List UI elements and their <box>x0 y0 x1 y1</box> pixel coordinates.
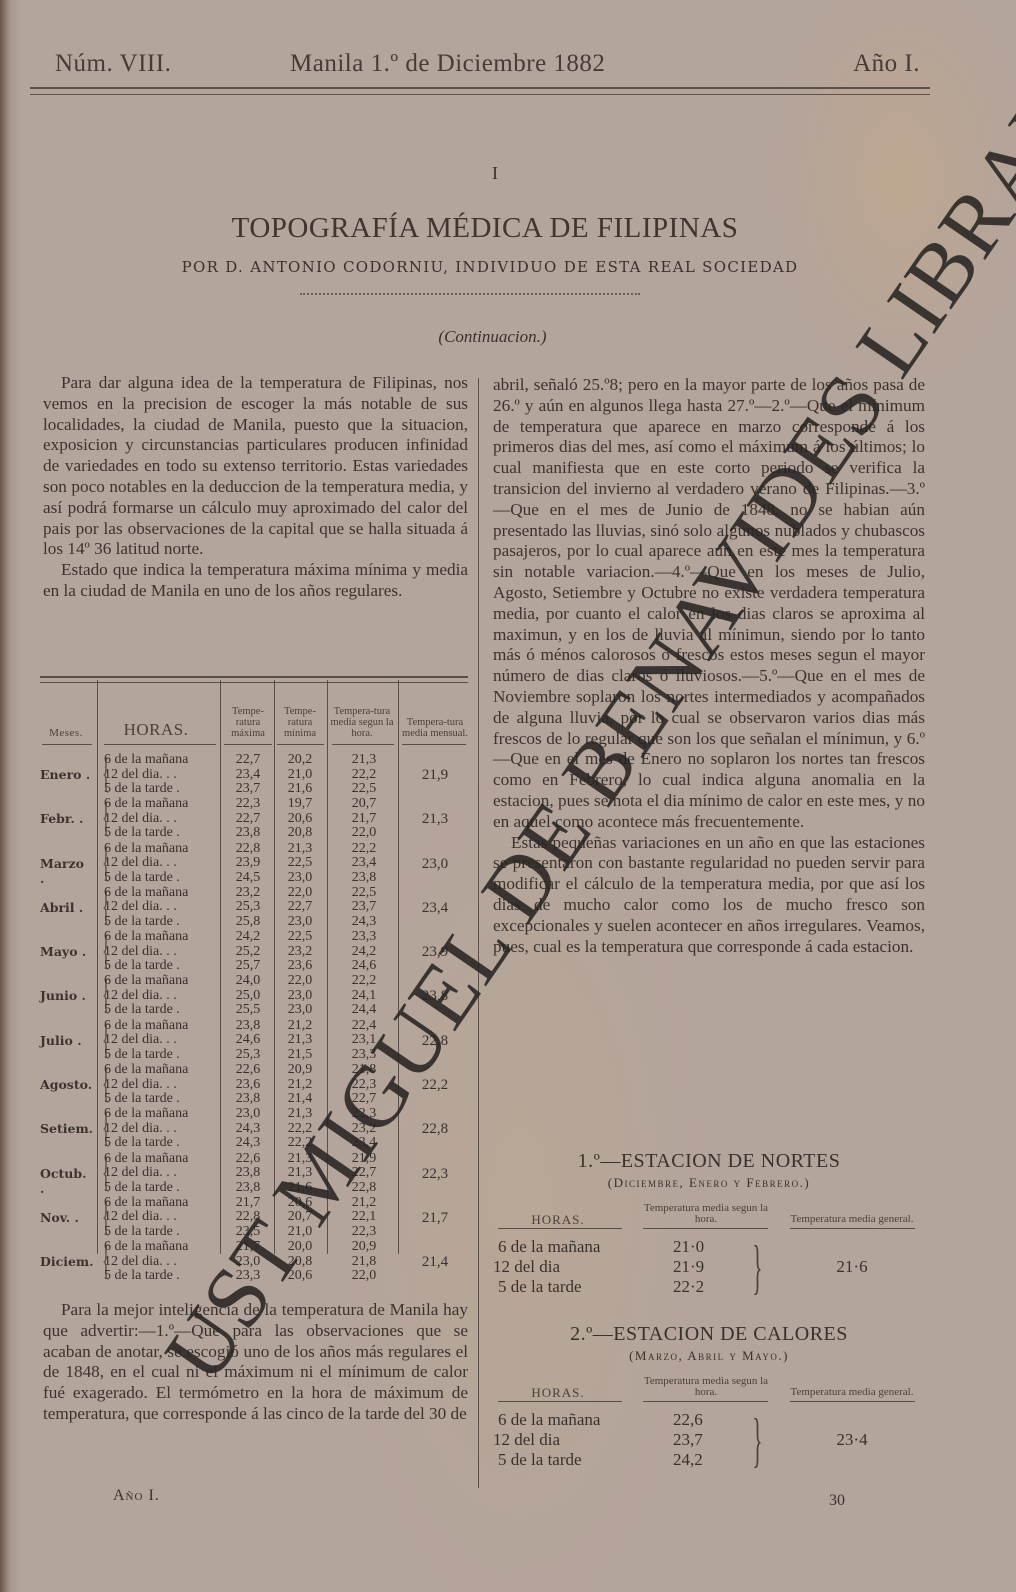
temp-med-cell: 22,3 <box>336 1225 392 1240</box>
hour-label: 6 de la mañana <box>104 1196 188 1211</box>
season-row-hour: 5 de la tarde <box>498 1277 582 1297</box>
temp-med-cell: 24,2 <box>336 945 392 960</box>
monthly-mean: 22,8 <box>402 1121 468 1138</box>
temp-med-cell: 23,3 <box>336 930 392 945</box>
season-row-hour: 12 del dia <box>493 1257 560 1277</box>
hour-label: 12 del dia. . . <box>104 856 177 871</box>
brace: } <box>752 1237 762 1297</box>
temp-min-cell: 23,0 <box>274 915 326 930</box>
season-general-value: 21·6 <box>786 1257 918 1277</box>
temp-max-cell: 22,7 <box>222 812 274 827</box>
monthly-mean: 22,2 <box>402 1077 468 1094</box>
temp-min-cell: 19,7 <box>274 797 326 812</box>
season-general-value: 23·4 <box>786 1430 918 1450</box>
season-row-hour: 5 de la tarde <box>498 1450 582 1470</box>
table-month-group: Abril .{6 de la mañana23,222,022,512 del… <box>40 886 468 930</box>
temp-med-cell: 21,7 <box>336 812 392 827</box>
season-row-value: 22·2 <box>673 1277 733 1297</box>
paragraph: Para dar alguna idea de la temperatura d… <box>43 373 468 560</box>
page-number: 30 <box>829 1492 845 1510</box>
temp-max-cell: 24,3 <box>222 1122 274 1137</box>
temp-med-cell: 21,3 <box>336 753 392 768</box>
continuation-note: (Continuacion.) <box>0 327 985 347</box>
article-byline: POR D. ANTONIO CODORNIU, INDIVIDUO DE ES… <box>0 258 980 276</box>
hour-label: 5 de la tarde . <box>104 1225 180 1240</box>
temp-max-cell: 23,8 <box>222 1092 274 1107</box>
table-month-group: Marzo .{6 de la mañana22,821,322,212 del… <box>40 842 468 886</box>
temp-min-cell: 21,3 <box>274 1033 326 1048</box>
hour-label: 12 del dia. . . <box>104 1166 177 1181</box>
hour-label: 6 de la mañana <box>104 974 188 989</box>
temp-max-cell: 24,6 <box>222 1033 274 1048</box>
temp-med-cell: 23,4 <box>336 1136 392 1151</box>
table-month-group: Mayo .{6 de la mañana24,222,523,312 del … <box>40 930 468 974</box>
temp-med-cell: 23,2 <box>336 1122 392 1137</box>
hour-label: 12 del dia. . . <box>104 989 177 1004</box>
temp-max-cell: 24,2 <box>222 930 274 945</box>
hour-label: 6 de la mañana <box>104 753 188 768</box>
temp-min-cell: 20,6 <box>274 1269 326 1284</box>
temp-min-cell: 20,0 <box>274 1240 326 1255</box>
hour-label: 12 del dia. . . <box>104 768 177 783</box>
season-row-hour: 6 de la mañana <box>498 1410 600 1430</box>
temp-max-cell: 25,3 <box>222 900 274 915</box>
left-column: Para dar alguna idea de la temperatura d… <box>43 373 468 602</box>
table-month-group: Diciem.{6 de la mañana21,720,020,912 del… <box>40 1240 468 1284</box>
paragraph: Estado que indica la temperatura máxima … <box>43 560 468 602</box>
temp-min-cell: 21,3 <box>274 1152 326 1167</box>
header-minima: Tempe-ratura mínima <box>274 706 326 739</box>
hour-label: 12 del dia. . . <box>104 1210 177 1225</box>
temp-max-cell: 22,3 <box>222 797 274 812</box>
hour-label: 5 de la tarde . <box>104 915 180 930</box>
right-column: abril, señaló 25.º8; pero en la mayor pa… <box>493 375 925 957</box>
header-media-hora: Tempera-tura media segun la hora. <box>328 706 396 739</box>
month-name: Nov. . <box>40 1210 92 1225</box>
temp-max-cell: 22,6 <box>222 1152 274 1167</box>
season-header-hours: HORAS. <box>498 1214 618 1225</box>
temp-max-cell: 23,0 <box>222 1107 274 1122</box>
temp-med-cell: 21,2 <box>336 1196 392 1211</box>
temp-max-cell: 22,7 <box>222 753 274 768</box>
temp-min-cell: 20,7 <box>274 1210 326 1225</box>
temp-med-cell: 22,4 <box>336 1019 392 1034</box>
temp-min-cell: 21,2 <box>274 1019 326 1034</box>
temp-med-cell: 21,9 <box>336 1152 392 1167</box>
hour-label: 6 de la mañana <box>104 1240 188 1255</box>
hour-label: 5 de la tarde . <box>104 1181 180 1196</box>
temp-med-cell: 21,8 <box>336 1255 392 1270</box>
temp-max-cell: 21,7 <box>222 1196 274 1211</box>
ornamental-rule <box>300 293 640 298</box>
left-column-continued: Para la mejor inteligencia de la tempera… <box>43 1300 468 1425</box>
month-name: Setiem. <box>40 1121 92 1136</box>
temperature-table: Meses. HORAS. Tempe-ratura máxima Tempe-… <box>40 676 468 1285</box>
temp-med-cell: 23,4 <box>336 856 392 871</box>
issue-year: Año I. <box>853 50 920 78</box>
temp-max-cell: 25,0 <box>222 989 274 1004</box>
table-body: Enero .{6 de la mañana22,720,221,312 del… <box>40 753 468 1285</box>
temp-min-cell: 22,7 <box>274 900 326 915</box>
temp-max-cell: 22,6 <box>222 1063 274 1078</box>
temp-min-cell: 21,4 <box>274 1092 326 1107</box>
temp-min-cell: 20,8 <box>274 1255 326 1270</box>
hour-label: 12 del dia. . . <box>104 1255 177 1270</box>
temp-med-cell: 22,3 <box>336 1107 392 1122</box>
temp-min-cell: 22,0 <box>274 974 326 989</box>
temp-med-cell: 24,4 <box>336 1003 392 1018</box>
season-row-hour: 6 de la mañana <box>498 1237 600 1257</box>
hour-label: 5 de la tarde . <box>104 1048 180 1063</box>
temp-med-cell: 24,3 <box>336 915 392 930</box>
table-month-group: Nov. .{6 de la mañana21,720,621,212 del … <box>40 1196 468 1240</box>
temp-med-cell: 22,2 <box>336 768 392 783</box>
monthly-mean: 21,3 <box>402 811 468 828</box>
table-month-group: Enero .{6 de la mañana22,720,221,312 del… <box>40 753 468 797</box>
header-meses: Meses. <box>40 728 92 739</box>
monthly-mean: 21,9 <box>402 767 468 784</box>
temp-max-cell: 23,8 <box>222 1181 274 1196</box>
temp-min-cell: 20,2 <box>274 753 326 768</box>
temp-max-cell: 23,7 <box>222 782 274 797</box>
temp-min-cell: 23,0 <box>274 871 326 886</box>
hour-label: 6 de la mañana <box>104 1019 188 1034</box>
season-header-hours: HORAS. <box>498 1387 618 1398</box>
temp-min-cell: 20,6 <box>274 812 326 827</box>
temp-min-cell: 21,3 <box>274 1166 326 1181</box>
temp-med-cell: 24,6 <box>336 959 392 974</box>
temp-min-cell: 21,3 <box>274 842 326 857</box>
temp-min-cell: 21,6 <box>274 782 326 797</box>
temp-med-cell: 22,2 <box>336 842 392 857</box>
header-horas: HORAS. <box>100 721 212 739</box>
temp-max-cell: 25,2 <box>222 945 274 960</box>
season-header: HORAS. Temperatura media segun la hora. … <box>493 1195 925 1229</box>
monthly-mean: 23,4 <box>402 900 468 917</box>
temp-med-cell: 21,8 <box>336 1063 392 1078</box>
temp-max-cell: 23,9 <box>222 856 274 871</box>
season-header-media: Temperatura media segun la hora. <box>640 1376 772 1398</box>
temp-med-cell: 20,9 <box>336 1240 392 1255</box>
temp-max-cell: 23,8 <box>222 1166 274 1181</box>
table-month-group: Agosto.{6 de la mañana22,620,921,812 del… <box>40 1063 468 1107</box>
temp-max-cell: 23,2 <box>222 886 274 901</box>
temp-med-cell: 20,7 <box>336 797 392 812</box>
monthly-mean: 21,7 <box>402 1210 468 1227</box>
season-rows: 6 de la mañana 12 del dia 5 de la tarde … <box>493 1237 925 1301</box>
season-row-value: 23,7 <box>673 1430 733 1450</box>
month-name: Junio . <box>40 988 92 1003</box>
temp-min-cell: 22,2 <box>274 1122 326 1137</box>
paragraph: abril, señaló 25.º8; pero en la mayor pa… <box>493 375 925 833</box>
temp-med-cell: 22,5 <box>336 782 392 797</box>
temp-min-cell: 22,2 <box>274 1136 326 1151</box>
season-row-value: 21·9 <box>673 1257 733 1277</box>
paragraph: Estas pequeñas variaciones en un año en … <box>493 833 925 958</box>
temp-max-cell: 23,3 <box>222 1269 274 1284</box>
hour-label: 6 de la mañana <box>104 1107 188 1122</box>
season-header-general: Temperatura media general. <box>786 1387 918 1398</box>
temp-min-cell: 23,2 <box>274 945 326 960</box>
temp-max-cell: 24,3 <box>222 1136 274 1151</box>
month-name: Julio . <box>40 1033 92 1048</box>
temp-med-cell: 22,0 <box>336 826 392 841</box>
hour-label: 12 del dia. . . <box>104 900 177 915</box>
temp-med-cell: 24,1 <box>336 989 392 1004</box>
temp-max-cell: 23,8 <box>222 826 274 841</box>
temp-med-cell: 22,2 <box>336 974 392 989</box>
temp-max-cell: 22,8 <box>222 1210 274 1225</box>
temp-med-cell: 22,7 <box>336 1166 392 1181</box>
hour-label: 5 de la tarde . <box>104 1092 180 1107</box>
season-row-value: 24,2 <box>673 1450 733 1470</box>
issue-date: Manila 1.º de Diciembre 1882 <box>290 50 605 78</box>
monthly-mean: 23,9 <box>402 944 468 961</box>
monthly-mean: 21,4 <box>402 1254 468 1271</box>
season-subtitle: (Diciembre, Enero y Febrero.) <box>493 1175 925 1191</box>
month-name: Febr. . <box>40 811 92 826</box>
season-row-value: 21·0 <box>673 1237 733 1257</box>
season-row-value: 22,6 <box>673 1410 733 1430</box>
temp-min-cell: 22,0 <box>274 886 326 901</box>
season-header: HORAS. Temperatura media segun la hora. … <box>493 1368 925 1402</box>
table-month-group: Octub. .{6 de la mañana22,621,321,912 de… <box>40 1152 468 1196</box>
temp-med-cell: 23,7 <box>336 900 392 915</box>
hour-label: 5 de la tarde . <box>104 959 180 974</box>
temp-min-cell: 20,6 <box>274 1196 326 1211</box>
temp-max-cell: 24,5 <box>222 871 274 886</box>
hour-label: 12 del dia. . . <box>104 1122 177 1137</box>
table-header: Meses. HORAS. Tempe-ratura máxima Tempe-… <box>40 687 468 747</box>
article-title: TOPOGRAFÍA MÉDICA DE FILIPINAS <box>0 212 970 245</box>
column-rule <box>478 378 479 1488</box>
temp-min-cell: 21,6 <box>274 1181 326 1196</box>
temp-min-cell: 23,6 <box>274 959 326 974</box>
temp-med-cell: 23,3 <box>336 1048 392 1063</box>
temp-max-cell: 21,7 <box>222 1240 274 1255</box>
monthly-mean: 22,3 <box>402 1166 468 1183</box>
hour-label: 6 de la mañana <box>104 886 188 901</box>
temp-min-cell: 21,5 <box>274 1048 326 1063</box>
hour-label: 6 de la mañana <box>104 930 188 945</box>
header-maxima: Tempe-ratura máxima <box>222 706 274 739</box>
temp-max-cell: 23,8 <box>222 1019 274 1034</box>
month-name: Abril . <box>40 900 92 915</box>
season-row-hour: 12 del dia <box>493 1430 560 1450</box>
monthly-mean: 23,0 <box>402 856 468 873</box>
paragraph: Para la mejor inteligencia de la tempera… <box>43 1300 468 1425</box>
temp-min-cell: 20,8 <box>274 826 326 841</box>
temp-med-cell: 23,8 <box>336 871 392 886</box>
season-title: 2.º—ESTACION DE CALORES <box>493 1323 925 1346</box>
temp-max-cell: 25,7 <box>222 959 274 974</box>
hour-label: 12 del dia. . . <box>104 945 177 960</box>
temp-min-cell: 21,2 <box>274 1078 326 1093</box>
month-name: Diciem. <box>40 1254 92 1269</box>
temp-med-cell: 22,7 <box>336 1092 392 1107</box>
temp-med-cell: 22,3 <box>336 1078 392 1093</box>
hour-label: 6 de la mañana <box>104 1152 188 1167</box>
header-media-mensual: Tempera-tura media mensual. <box>402 717 468 739</box>
table-month-group: Febr. .{6 de la mañana22,319,720,712 del… <box>40 797 468 841</box>
temp-min-cell: 22,5 <box>274 930 326 945</box>
hour-label: 6 de la mañana <box>104 1063 188 1078</box>
temp-max-cell: 23,0 <box>222 1255 274 1270</box>
hour-label: 6 de la mañana <box>104 842 188 857</box>
hour-label: 5 de la tarde . <box>104 826 180 841</box>
hour-label: 12 del dia. . . <box>104 1078 177 1093</box>
season-subtitle: (Marzo, Abril y Mayo.) <box>493 1348 925 1364</box>
temp-max-cell: 25,3 <box>222 1048 274 1063</box>
temp-max-cell: 25,5 <box>222 1003 274 1018</box>
temp-max-cell: 23,5 <box>222 1225 274 1240</box>
season-header-media: Temperatura media segun la hora. <box>640 1203 772 1225</box>
month-name: Marzo . <box>40 856 92 886</box>
table-month-group: Junio .{6 de la mañana24,022,022,212 del… <box>40 974 468 1018</box>
temp-min-cell: 22,5 <box>274 856 326 871</box>
footer-signature: Año I. <box>113 1487 160 1505</box>
temp-min-cell: 23,0 <box>274 989 326 1004</box>
month-name: Agosto. <box>40 1077 92 1092</box>
hour-label: 12 del dia. . . <box>104 812 177 827</box>
table-top-rule <box>40 676 468 683</box>
temp-min-cell: 21,0 <box>274 1225 326 1240</box>
season-rows: 6 de la mañana 12 del dia 5 de la tarde … <box>493 1410 925 1474</box>
temp-med-cell: 22,1 <box>336 1210 392 1225</box>
monthly-mean: 22,8 <box>402 1033 468 1050</box>
temp-min-cell: 20,9 <box>274 1063 326 1078</box>
hour-label: 6 de la mañana <box>104 797 188 812</box>
month-name: Mayo . <box>40 944 92 959</box>
table-month-group: Julio .{6 de la mañana23,821,222,412 del… <box>40 1019 468 1063</box>
season-header-general: Temperatura media general. <box>786 1214 918 1225</box>
season-title: 1.º—ESTACION DE NORTES <box>493 1150 925 1173</box>
temp-med-cell: 22,0 <box>336 1269 392 1284</box>
season-table-nortes: 1.º—ESTACION DE NORTES (Diciembre, Enero… <box>493 1150 925 1301</box>
temp-min-cell: 23,0 <box>274 1003 326 1018</box>
monthly-mean: 23,8 <box>402 988 468 1005</box>
document-page: Núm. VIII. Manila 1.º de Diciembre 1882 … <box>0 0 1016 1592</box>
section-number: I <box>0 163 990 184</box>
temp-max-cell: 22,8 <box>222 842 274 857</box>
month-name: Enero . <box>40 767 92 782</box>
temp-min-cell: 21,0 <box>274 768 326 783</box>
temp-max-cell: 23,6 <box>222 1078 274 1093</box>
temp-med-cell: 23,1 <box>336 1033 392 1048</box>
hour-label: 5 de la tarde . <box>104 1269 180 1284</box>
season-table-calores: 2.º—ESTACION DE CALORES (Marzo, Abril y … <box>493 1323 925 1474</box>
temp-med-cell: 22,8 <box>336 1181 392 1196</box>
hour-label: 12 del dia. . . <box>104 1033 177 1048</box>
temp-max-cell: 25,8 <box>222 915 274 930</box>
temp-max-cell: 23,4 <box>222 768 274 783</box>
hour-label: 5 de la tarde . <box>104 1136 180 1151</box>
temp-min-cell: 21,3 <box>274 1107 326 1122</box>
hour-label: 5 de la tarde . <box>104 1003 180 1018</box>
temp-med-cell: 22,5 <box>336 886 392 901</box>
month-name: Octub. . <box>40 1166 92 1196</box>
issue-number: Núm. VIII. <box>55 50 171 78</box>
brace: } <box>752 1410 762 1470</box>
header-rule <box>30 87 930 95</box>
table-month-group: Setiem.{6 de la mañana23,021,322,312 del… <box>40 1107 468 1151</box>
page-header: Núm. VIII. Manila 1.º de Diciembre 1882 … <box>50 50 930 84</box>
temp-max-cell: 24,0 <box>222 974 274 989</box>
hour-label: 5 de la tarde . <box>104 782 180 797</box>
hour-label: 5 de la tarde . <box>104 871 180 886</box>
